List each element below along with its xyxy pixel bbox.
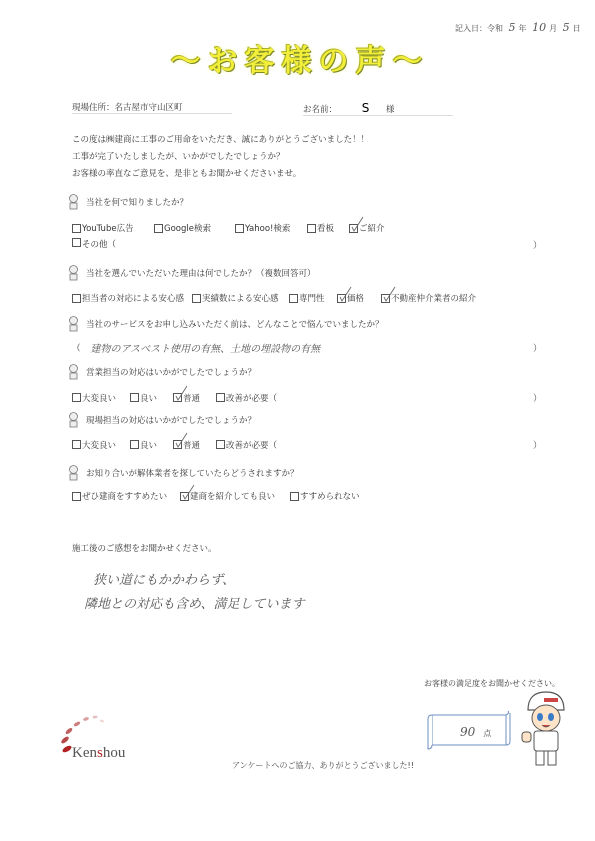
option-average[interactable]: 普通 — [173, 438, 216, 451]
intro-line-1: この度は㈱建商に工事のご用命をいただき、誠にありがとうございました！！ — [72, 133, 369, 145]
option-label: YouTube広告 — [82, 222, 134, 234]
checkmark-icon — [182, 484, 196, 500]
option-youtube[interactable]: YouTube広告 — [72, 222, 154, 234]
question-6: お知り合いが解体業者を探していたらどうされますか？ — [67, 465, 299, 481]
checkbox[interactable] — [72, 224, 81, 233]
day-unit: 日 — [573, 24, 581, 33]
score-value: 90 — [460, 725, 475, 739]
worker-mascot-icon — [67, 194, 80, 210]
question-6-text: お知り合いが解体業者を探していたらどうされますか？ — [86, 467, 299, 479]
checkbox[interactable] — [216, 393, 225, 402]
date-day: 5 — [563, 21, 570, 34]
question-2-options: 担当者の対応による安心感 実績数による安心感 専門性 価格 不動産仲介業者の紹介 — [72, 292, 476, 304]
option-other[interactable]: その他（ ） — [72, 238, 542, 251]
option-label: Yahoo!検索 — [245, 222, 290, 234]
question-2: 当社を選んでいただいた理由は何でしたか？（複数回答可） — [67, 265, 316, 281]
checkbox[interactable] — [72, 238, 81, 247]
option-label: 改善が必要（ — [226, 392, 277, 404]
option-label: Google検索 — [164, 222, 211, 234]
checkbox-checked[interactable] — [173, 393, 182, 402]
checkbox[interactable] — [130, 440, 139, 449]
checkbox[interactable] — [290, 492, 299, 501]
intro-line-2: 工事が完了いたしましたが、いかがでしたでしょうか？ — [72, 150, 285, 162]
question-1: 当社を何で知りましたか？ — [67, 194, 188, 210]
thanks-message: アンケートへのご協力、ありがとうございました!! — [232, 760, 414, 771]
question-3-text: 当社のサービスをお申し込みいただく前は、どんなことで悩んでいましたか？ — [86, 318, 384, 330]
worker-thumbs-up-mascot-icon — [518, 688, 568, 768]
checkbox[interactable] — [72, 393, 81, 402]
date-year: 5 — [509, 21, 516, 34]
checkmark-icon — [339, 286, 353, 302]
checkbox-checked[interactable] — [180, 492, 189, 501]
intro-line-3: お客様の率直なご意見を、是非ともお聞かせくださいませ。 — [72, 167, 301, 179]
page-title: ～お客様の声～ — [165, 36, 435, 80]
worker-mascot-icon — [67, 412, 80, 428]
worker-mascot-icon — [67, 364, 80, 380]
option-signboard[interactable]: 看板 — [307, 222, 349, 234]
question-6-options: ぜひ建商をすすめたい 建商を紹介しても良い すすめられない — [72, 490, 360, 502]
question-1-options: YouTube広告 Google検索 Yahoo!検索 看板 ご紹介 — [72, 222, 385, 234]
option-very-good[interactable]: 大変良い — [72, 391, 130, 404]
option-average[interactable]: 普通 — [173, 391, 216, 404]
worker-mascot-icon — [67, 465, 80, 481]
question-5: 現場担当の対応はいかがでしたでしょうか？ — [67, 412, 256, 428]
date-label: 記入日：令和 — [455, 24, 503, 33]
name-suffix: 様 — [386, 105, 395, 115]
impressions-line-1: 狭い道にもかかわらず、 — [93, 569, 235, 588]
checkbox[interactable] — [192, 294, 201, 303]
checkbox[interactable] — [154, 224, 163, 233]
checkbox[interactable] — [130, 393, 139, 402]
option-label: 担当者の対応による安心感 — [82, 292, 184, 304]
question-4-text: 営業担当の対応はいかがでしたでしょうか？ — [86, 366, 256, 378]
checkbox[interactable] — [72, 294, 81, 303]
impressions-line-2: 隣地との対応も含め、満足しています — [84, 593, 304, 612]
checkmark-icon — [351, 216, 365, 232]
month-unit: 月 — [549, 24, 557, 33]
question-2-text: 当社を選んでいただいた理由は何でしたか？（複数回答可） — [86, 267, 316, 279]
option-very-good[interactable]: 大変良い — [72, 438, 130, 451]
question-4: 営業担当の対応はいかがでしたでしょうか？ — [67, 364, 256, 380]
name-field: お名前： S 様 — [303, 101, 453, 116]
checkbox[interactable] — [289, 294, 298, 303]
option-realtor-referral[interactable]: 不動産仲介業者の紹介 — [381, 292, 476, 304]
worker-mascot-icon — [67, 265, 80, 281]
close-paren: ） — [533, 341, 542, 354]
checkbox[interactable] — [72, 440, 81, 449]
year-unit: 年 — [519, 24, 527, 33]
satisfaction-score: 90点 — [460, 725, 491, 739]
question-1-text: 当社を何で知りましたか？ — [86, 196, 188, 208]
option-good[interactable]: 良い — [130, 438, 173, 451]
question-4-options: 大変良い 良い 普通 改善が必要（ ） — [72, 391, 542, 404]
option-strongly-recommend[interactable]: ぜひ建商をすすめたい — [72, 490, 180, 502]
option-label: 良い — [140, 439, 157, 451]
checkbox-checked[interactable] — [381, 294, 390, 303]
logo-text-part: Ken — [72, 745, 97, 761]
option-may-recommend[interactable]: 建商を紹介しても良い — [180, 490, 290, 502]
option-label: すすめられない — [300, 490, 360, 502]
checkbox[interactable] — [72, 492, 81, 501]
option-price[interactable]: 価格 — [337, 292, 381, 304]
option-yahoo[interactable]: Yahoo!検索 — [235, 222, 307, 234]
question-3-answer: （ 建物のアスベスト使用の有無、土地の埋設物の有無 ） — [72, 340, 542, 355]
option-label: 実績数による安心感 — [202, 292, 279, 304]
close-paren: ） — [533, 438, 542, 451]
impressions-label: 施工後のご感想をお聞かせください。 — [72, 542, 217, 554]
option-label: ぜひ建商をすすめたい — [82, 490, 167, 502]
option-needs-improvement[interactable]: 改善が必要（ — [216, 438, 277, 451]
close-paren: ） — [533, 238, 542, 251]
entry-date: 記入日：令和 5年 10月 5日 — [455, 21, 581, 34]
question-5-options: 大変良い 良い 普通 改善が必要（ ） — [72, 438, 542, 451]
worker-mascot-icon — [67, 316, 80, 332]
option-label: 建商を紹介しても良い — [190, 490, 275, 502]
checkbox[interactable] — [307, 224, 316, 233]
option-label: その他（ — [82, 238, 116, 251]
option-track-record[interactable]: 実績数による安心感 — [192, 292, 289, 304]
checkbox[interactable] — [235, 224, 244, 233]
option-google[interactable]: Google検索 — [154, 222, 235, 234]
option-label: 不動産仲介業者の紹介 — [391, 292, 476, 304]
option-expertise[interactable]: 専門性 — [289, 292, 337, 304]
name-label: お名前： — [303, 105, 337, 115]
option-label: 大変良い — [82, 392, 116, 404]
checkmark-icon — [383, 286, 397, 302]
option-staff-reassurance[interactable]: 担当者の対応による安心感 — [72, 292, 192, 304]
handwritten-answer: 建物のアスベスト使用の有無、土地の埋設物の有無 — [91, 340, 321, 355]
address-label: 現場住所：名古屋市守山区町 — [72, 103, 183, 113]
open-paren: （ — [72, 342, 81, 354]
checkmark-icon — [175, 432, 189, 448]
option-label: 看板 — [317, 222, 334, 234]
option-label: 大変良い — [82, 439, 116, 451]
checkbox-checked[interactable] — [349, 224, 358, 233]
option-needs-improvement[interactable]: 改善が必要（ — [216, 391, 277, 404]
close-paren: ） — [533, 391, 542, 404]
option-label: 改善が必要（ — [226, 439, 277, 451]
date-month: 10 — [532, 21, 546, 34]
option-cannot-recommend[interactable]: すすめられない — [290, 490, 360, 502]
address-field: 現場住所：名古屋市守山区町 — [72, 101, 232, 114]
name-value: S — [362, 101, 370, 115]
score-unit: 点 — [483, 729, 491, 738]
logo-text-part: hou — [103, 745, 126, 761]
option-label: 専門性 — [299, 292, 325, 304]
kenshou-logo-text: Kenshou — [72, 745, 125, 762]
question-3: 当社のサービスをお申し込みいただく前は、どんなことで悩んでいましたか？ — [67, 316, 384, 332]
option-label: 良い — [140, 392, 157, 404]
question-5-text: 現場担当の対応はいかがでしたでしょうか？ — [86, 414, 256, 426]
checkbox-checked[interactable] — [337, 294, 346, 303]
option-referral[interactable]: ご紹介 — [349, 222, 385, 234]
checkbox[interactable] — [216, 440, 225, 449]
checkmark-icon — [175, 385, 189, 401]
checkbox-checked[interactable] — [173, 440, 182, 449]
option-good[interactable]: 良い — [130, 391, 173, 404]
